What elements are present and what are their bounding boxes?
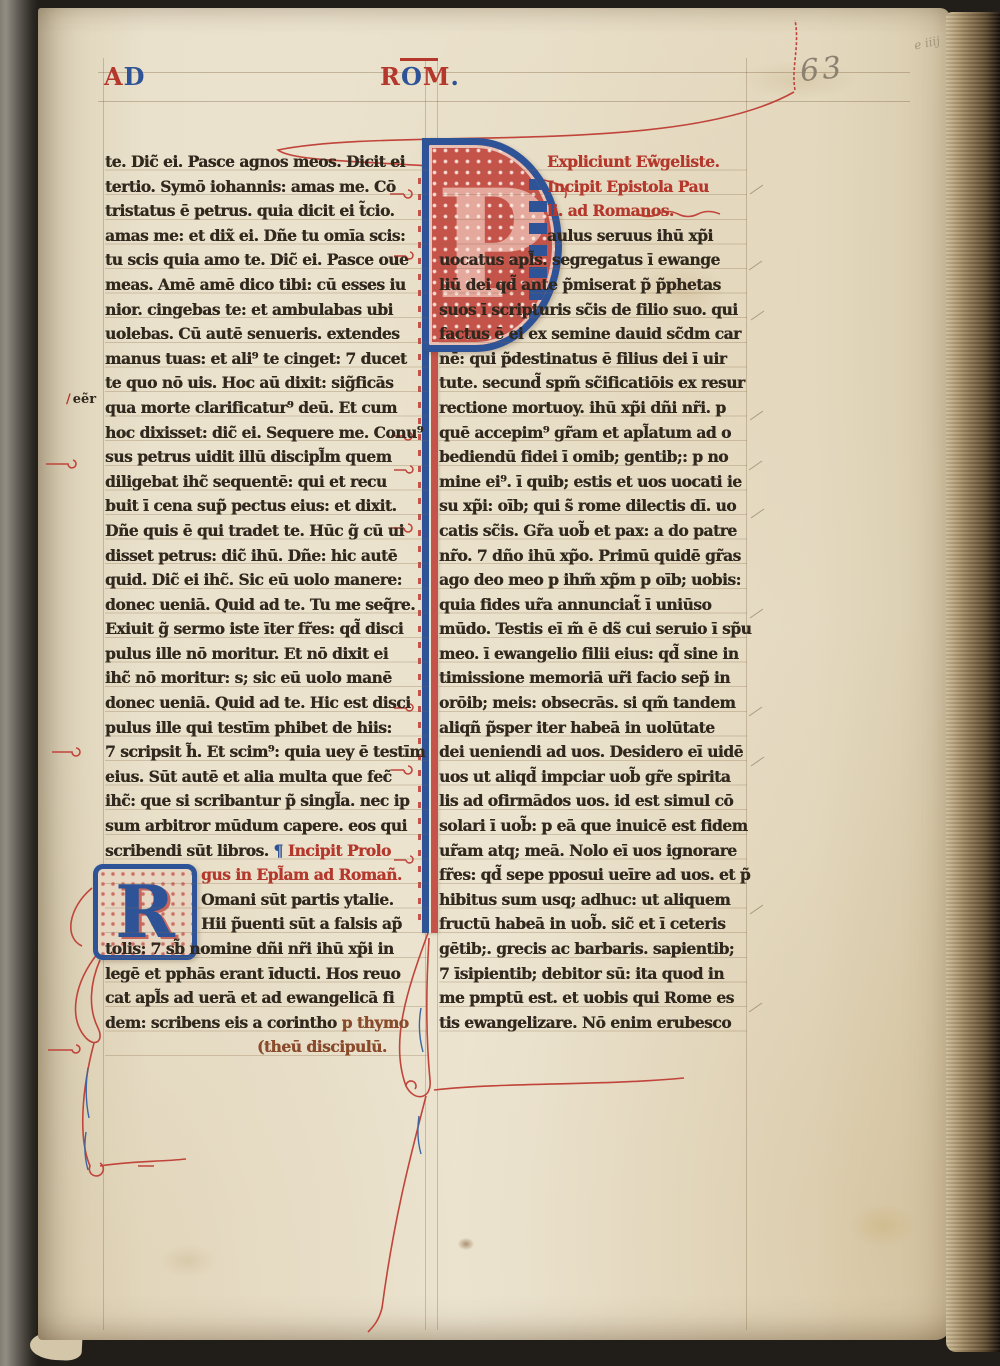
text-line: pulus ille qui testīm phibet de hiis: [105,716,427,741]
text-line: uocatus apl̃s. segregatus ī ewange [439,248,747,273]
text-line: sus petrus uidit illū discipl̃m quem [105,445,427,470]
text-line: Exiuit g̃ sermo iste īter fr̃es: qd̃ dis… [105,617,427,642]
text-line: quē accepim⁹ gr̃am et apl̃atum ad o [439,421,747,446]
text-line: Dñe quis ē qui tradet te. Hūc g̃ cū ui [105,519,427,544]
text-line: rectione mortuoy. ihū xp̃i dñi nr̃i. p [439,396,747,421]
text-line: liū dei qd̃ ante p̃miserat p̃ p̃phetas [439,273,747,298]
text-line: diligebat ihc̃ sequentē: qui et recu [105,470,427,495]
text-line: uos ut aliqd̃ impciar uob̃ gr̃e spirita [439,765,747,790]
text-line: hibitus sum usq; adhuc: ut aliquem [439,888,747,913]
text-line: ihc̃ nō moritur: s; sic eū uolo manē [105,666,427,691]
text-line: me pmptū est. et uobis qui Rome es [439,986,747,1011]
manuscript-page: AD ROM. 63 e iiij ∕eẽr [38,8,950,1340]
text-line: tristatus ē petrus. quia dicit ei t̃cio. [105,199,427,224]
text-line: suos ī scripturis sc̃is de filio suo. qu… [439,298,747,323]
text-line: timissione memoriā ur̃i facio sep̃ in [439,666,747,691]
text-line: gus in Epl̃am ad Romañ. [105,863,427,888]
text-line: tu scis quia amo te. Dic̃ ei. Pasce oue [105,248,427,273]
page-edge-stack [946,12,1000,1352]
text-line: uolebas. Cū autē senueris. extendes [105,322,427,347]
text-line: eius. Sūt autē et alia multa que fec̃ [105,765,427,790]
text-line: buit ī cena sup̃ pectus eius: et dixit. [105,494,427,519]
text-line: fructū habeā in uob̃. sic̃ et ī ceteris [439,912,747,937]
text-line: bediendū fidei ī omib; gentib;: p no [439,445,747,470]
text-line: Expliciunt Ew̃geliste. [439,150,747,175]
text-line: qua morte clarificatur⁹ deū. Et cum [105,396,427,421]
text-line: tolis: 7 sb̃ nomine dñi nr̃i ihū xp̃i in [105,937,427,962]
text-line: Hii p̃uenti sūt a falsis ap̃ [105,912,427,937]
text-line: su xp̃i: oīb; qui s̃ rome dilectis dī. u… [439,494,747,519]
text-line: Incipit Epistola Pau [439,175,747,200]
text-line: nē: qui p̃destinatus ē filius dei ī uir [439,347,747,372]
text-line: scribendi sūt libros. ¶ Incipit Prolo [105,839,427,864]
text-line: donec ueniā. Quid ad te. Tu me seq̃re. [105,593,427,618]
text-line: manus tuas: et ali⁹ te cinget: 7 ducet [105,347,427,372]
text-line: (theū discipulū. [105,1035,427,1060]
text-line: orōib; meis: obsecrās. si qm̃ tandem [439,691,747,716]
text-line: pulus ille nō moritur. Et nō dixit ei [105,642,427,667]
text-line: te. Dic̃ ei. Pasce agnos meos. Dicit ei [105,150,427,175]
text-line: meas. Amē amē dico tibi: cū esses iu [105,273,427,298]
text-line: solari ī uob̃: p eā que inuicē est fidem [439,814,747,839]
text-line: sum arbitror mūdum capere. eos qui [105,814,427,839]
text-line: fr̃es: qd̃ sepe pposui ueīre ad uos. et … [439,863,747,888]
text-line: lis ad ofirmādos uos. id est simul cō [439,789,747,814]
text-line: dei ueniendi ad uos. Desidero eī uidē [439,740,747,765]
left-column: te. Dic̃ ei. Pasce agnos meos. Dicit eit… [105,150,427,1060]
text-line: 7 scripsit h̃. Et scim⁹: quia uey ē test… [105,740,427,765]
text-line: te quo nō uis. Hoc aū dixit: sig̃ficās [105,371,427,396]
text-line: nr̃o. 7 dño ihū xp̃o. Primū quidē gr̃as [439,544,747,569]
text-line: hoc dixisset: dic̃ ei. Sequere me. Conu⁹ [105,421,427,446]
line-end-hairlines [749,185,764,1012]
text-line: disset petrus: dic̃ ihū. Dñe: hic autē [105,544,427,569]
text-line: ihc̃: que si scribantur p̃ singl̃a. nec … [105,789,427,814]
text-line: tute. secund̃ spm̃ sc̃ificatiōis ex resu… [439,371,747,396]
text-line: gētib;. grecis ac barbaris. sapientib; [439,937,747,962]
text-line: legē et pphās erant īducti. Hos reuo [105,962,427,987]
text-line: meo. ī ewangelio filii eius: qd̃ sine in [439,642,747,667]
text-line: aulus seruus ihū xp̃i [439,224,747,249]
text-line: mine ei⁹. ī quib; estis et uos uocati ie [439,470,747,495]
text-line: tis ewangelizare. Nō enim erubesco [439,1011,747,1036]
text-line: amas me: et dix̃ ei. Dñe tu omīa scis: [105,224,427,249]
text-line: catis sc̃is. Gr̃a uob̃ et pax: a do patr… [439,519,747,544]
text-line: 7 īsipientib; debitor sū: ita quod in [439,962,747,987]
text-line: aliqñ p̃sper iter habeā in uolūtate [439,716,747,741]
book-binding [0,0,38,1366]
text-line: nior. cingebas te: et ambulabas ubi [105,298,427,323]
header-flourish-tail [794,20,797,90]
text-line: mūdo. Testis eī m̃ ē ds̃ cui seruio ī sp… [439,617,747,642]
text-line: donec ueniā. Quid ad te. Hic est disci [105,691,427,716]
r-side-loop [71,888,92,946]
r-descender-bar [100,1159,186,1166]
right-column: Expliciunt Ew̃geliste.Incipit Epistola P… [439,150,747,1035]
r-descender [76,953,101,1043]
text-line: quia fides ur̃a annunciat̃ ī uniūso [439,593,747,618]
text-line: quid. Dic̃ ei ihc̃. Sic eū uolo manere: [105,568,427,593]
text-line: ago deo meo p ihm̃ xp̃m p oīb; uobis: [439,568,747,593]
text-line: li. ad Romanos. [439,199,747,224]
text-line: Omani sūt partis ytalie. [105,888,427,913]
text-line: ur̃am atq; meā. Nolo eī uos ignorare [439,839,747,864]
text-line: factus ē ei ex semine dauid sc̃dm car [439,322,747,347]
text-line: cat apl̃s ad uerā et ad ewangelicā fi [105,986,427,1011]
p-descender-bar [434,1078,684,1090]
text-line: dem: scribens eis a corintho p thymo [105,1011,427,1036]
text-line: tertio. Symō iohannis: amas me. Cō [105,175,427,200]
